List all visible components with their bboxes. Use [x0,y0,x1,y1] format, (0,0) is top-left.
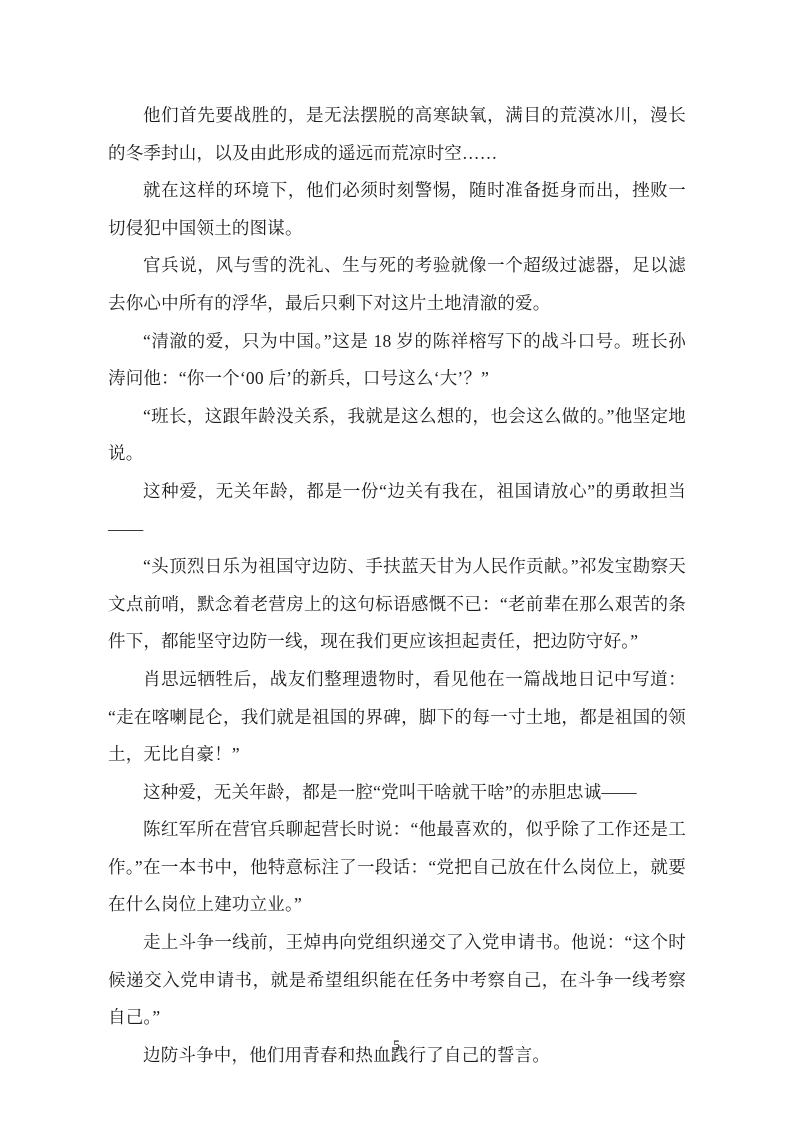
paragraph: 官兵说，风与雪的洗礼、生与死的考验就像一个超级过滤器，足以滤去你心中所有的浮华，… [108,247,686,322]
paragraph: “清澈的爱，只为中国。”这是 18 岁的陈祥榕写下的战斗口号。班长孙涛问他：“你… [108,323,686,398]
document-page: 他们首先要战胜的，是无法摆脱的高寒缺氧，满目的荒漠冰川，漫长的冬季封山，以及由此… [0,0,793,1122]
paragraph: 走上斗争一线前，王焯冉向党组织递交了入党申请书。他说：“这个时候递交入党申请书，… [108,924,686,1037]
paragraph: 他们首先要战胜的，是无法摆脱的高寒缺氧，满目的荒漠冰川，漫长的冬季封山，以及由此… [108,97,686,172]
page-footer: 5 [0,1036,793,1056]
page-number: 5 [393,1038,400,1054]
paragraph: 肖思远牺牲后，战友们整理遗物时，看见他在一篇战地日记中写道：“走在喀喇昆仑，我们… [108,661,686,774]
document-body: 他们首先要战胜的，是无法摆脱的高寒缺氧，满目的荒漠冰川，漫长的冬季封山，以及由此… [108,97,686,1074]
paragraph: 陈红军所在营官兵聊起营长时说：“他最喜欢的，似乎除了工作还是工作。”在一本书中，… [108,811,686,924]
paragraph: 就在这样的环境下，他们必须时刻警惕，随时准备挺身而出，挫败一切侵犯中国领土的图谋… [108,172,686,247]
paragraph: 这种爱，无关年龄，都是一份“边关有我在，祖国请放心”的勇敢担当—— [108,473,686,548]
paragraph: “班长，这跟年龄没关系，我就是这么想的，也会这么做的。”他坚定地说。 [108,398,686,473]
paragraph: “头顶烈日乐为祖国守边防、手扶蓝天甘为人民作贡献。”祁发宝勘察天文点前哨，默念着… [108,548,686,661]
paragraph: 这种爱，无关年龄，都是一腔“党叫干啥就干啥”的赤胆忠诚—— [108,774,686,812]
